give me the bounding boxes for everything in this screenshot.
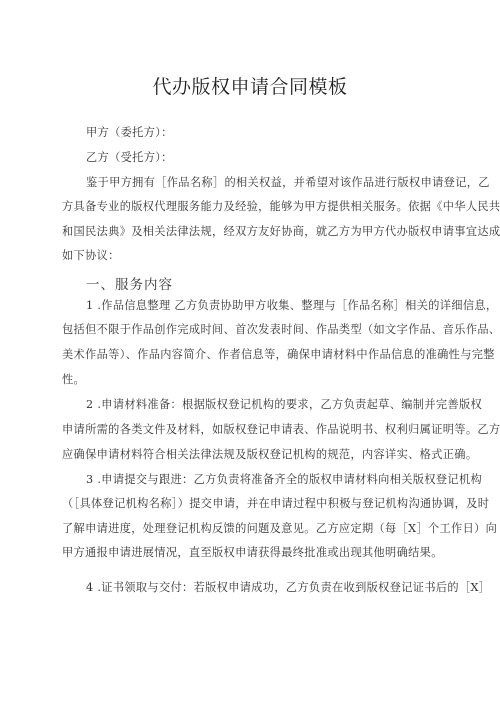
preamble-line: 鉴于甲方拥有［作品名称］的相关权益，并希望对该作品进行版权申请登记，乙	[86, 176, 466, 190]
item2-line: 申请所需的各类文件及材料，如版权登记申请表、作品说明书、权利归属证明等。乙方	[62, 423, 442, 437]
party-b-label: 乙方（受托方）：	[86, 151, 466, 165]
preamble-line: 方具备专业的版权代理服务能力及经验，能够为甲方提供相关服务。依据《中华人民共	[62, 200, 442, 214]
item3-line: 3 .申请提交与跟进：乙方负责将准备齐全的版权申请材料向相关版权登记机构	[86, 473, 466, 487]
party-a-label: 甲方（委托方）：	[86, 126, 466, 140]
preamble-line: 和国民法典》及相关法律法规，经双方友好协商，就乙方为甲方代办版权申请事宜达成	[62, 225, 442, 239]
item1-line: 1 .作品信息整理 乙方负责协助甲方收集、整理与［作品名称］相关的详细信息，	[86, 299, 466, 313]
item3-line: 甲方通报申请进展情况，直至版权申请获得最终批准或出现其他明确结果。	[62, 546, 442, 560]
item3-line: （［具体登记机构名称］）提交申请，并在申请过程中积极与登记机构沟通协调，及时	[62, 497, 442, 511]
preamble-line: 如下协议：	[62, 249, 442, 263]
item2-line: 2 .申请材料准备：根据版权登记机构的要求，乙方负责起草、编制并完善版权	[86, 398, 466, 412]
item1-line: 美术作品等）、作品内容简介、作者信息等，确保申请材料中作品信息的准确性与完整	[62, 348, 442, 362]
document-title: 代办版权申请合同模板	[0, 72, 500, 99]
section-heading-services: 一、服务内容	[86, 273, 173, 293]
document-page: 代办版权申请合同模板 甲方（委托方）： 乙方（受托方）： 鉴于甲方拥有［作品名称…	[0, 0, 500, 707]
item3-line: 了解申请进度，处理登记机构反馈的问题及意见。乙方应定期（每［X］个工作日）向	[62, 522, 442, 536]
item1-line: 包括但不限于作品创作完成时间、首次发表时间、作品类型（如文字作品、音乐作品、	[62, 323, 442, 337]
item1-line: 性。	[62, 373, 442, 387]
item2-line: 应确保申请材料符合相关法律法规及版权登记机构的规范，内容详实、格式正确。	[62, 448, 442, 462]
item4-line: 4 .证书领取与交付：若版权申请成功，乙方负责在收到版权登记证书后的［X］	[86, 581, 466, 595]
